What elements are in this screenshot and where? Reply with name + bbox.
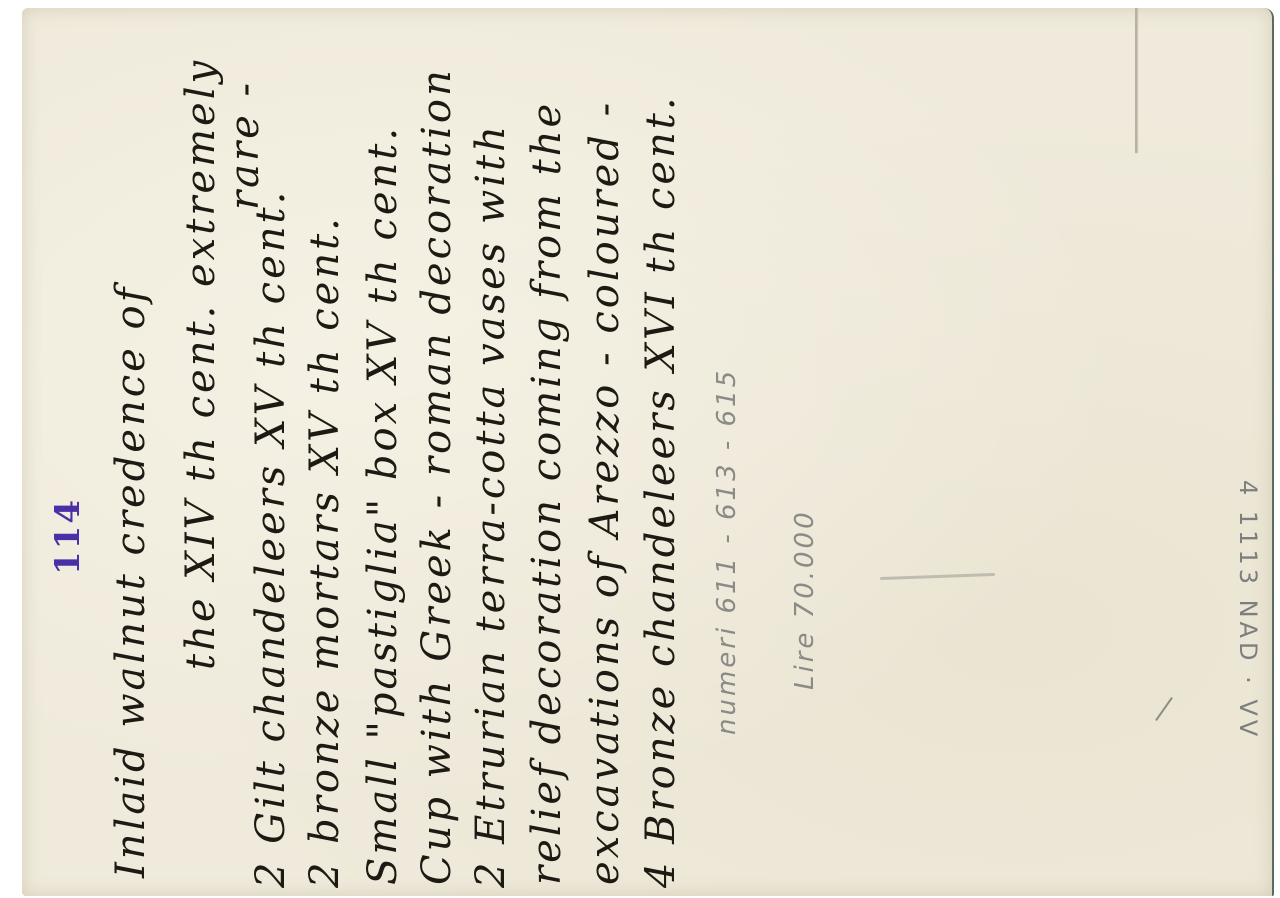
pencil-note-numbers: numeri 611 - 613 - 615 bbox=[712, 368, 742, 735]
handwritten-line-10: 4 Bronze chandeleers XVI th cent. bbox=[638, 94, 684, 888]
stamp-number: 114 bbox=[48, 498, 88, 575]
handwritten-line-2: the XIV th cent. extremely bbox=[178, 58, 224, 670]
handwritten-line-6: Cup with Greek - roman decoration bbox=[414, 67, 460, 885]
pencil-archive-mark: 4 1113 NAD · VV bbox=[1234, 480, 1262, 740]
handwritten-line-1: Inlaid walnut credence of bbox=[108, 285, 154, 878]
handwritten-line-7: 2 Etrurian terra-cotta vases with bbox=[468, 123, 514, 888]
handwritten-line-9: excavations of Arezzo - coloured - bbox=[582, 100, 628, 885]
handwritten-line-8: relief decoration coming from the bbox=[524, 101, 570, 885]
handwritten-line-3: 2 Gilt chandeleers XV th cent. bbox=[248, 189, 294, 888]
paper-tear bbox=[1135, 8, 1137, 153]
handwritten-line-5: Small "pastiglia" box XV th cent. bbox=[360, 125, 406, 885]
handwritten-line-4: 2 bronze mortars XV th cent. bbox=[302, 215, 348, 888]
pencil-note-price: Lire 70.000 bbox=[790, 509, 820, 690]
